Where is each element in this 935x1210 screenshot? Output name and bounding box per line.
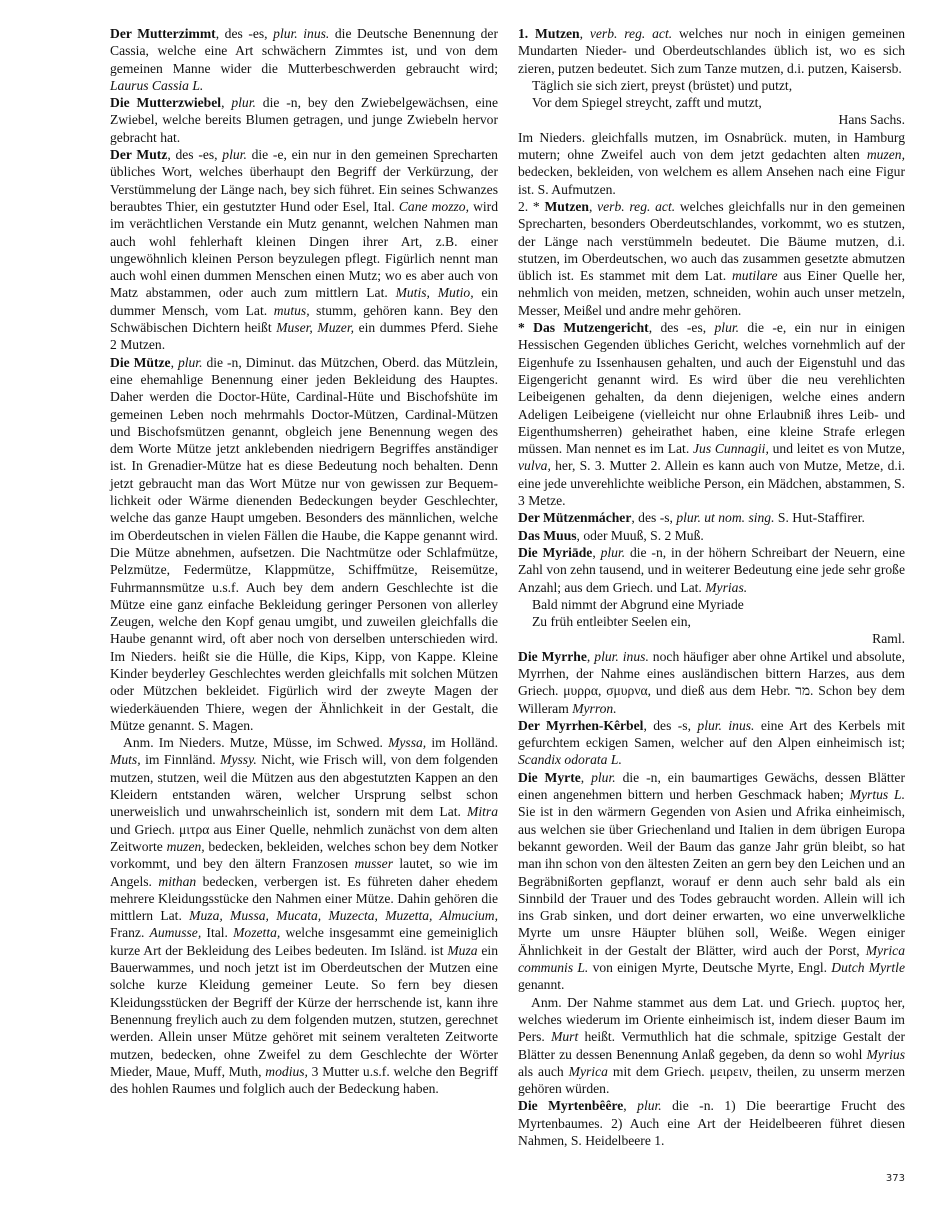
entry-text: ein Bauerwammes, und noch jetzt ist im O…	[110, 943, 498, 1079]
entry-text: , des -es,	[167, 147, 222, 162]
headword: Die Mutterzwiebel	[110, 95, 221, 110]
entry-text: S. Hut-Staffirer.	[775, 510, 865, 525]
italic-term: plur.	[637, 1098, 662, 1113]
italic-term: plur.	[715, 320, 740, 335]
headword: Die Myrrhe	[518, 649, 587, 664]
italic-term: Laurus Cassia L.	[110, 78, 203, 93]
entry-text: ,	[623, 1098, 637, 1113]
italic-term: plur.	[178, 355, 203, 370]
headword: Das Muus	[518, 528, 577, 543]
headword: Die Myrte	[518, 770, 581, 785]
dictionary-entry: Im Nieders. gleichfalls mutzen, im Osnab…	[518, 129, 905, 198]
italic-term: vulva,	[518, 458, 551, 473]
italic-term: Mitra	[467, 804, 498, 819]
italic-term: plur.	[591, 770, 616, 785]
italic-term: plur. inus.	[273, 26, 329, 41]
dictionary-entry: 1. Mutzen, verb. reg. act. welches nur n…	[518, 25, 905, 77]
entry-text: 2. *	[518, 199, 544, 214]
entry-text: ,	[221, 95, 231, 110]
dictionary-entry: Der Mützenmácher, des -s, plur. ut nom. …	[518, 509, 905, 526]
entry-text: Vor dem Spiegel streycht, zafft und mutz…	[532, 95, 762, 110]
dictionary-entry: Der Mutz, des -es, plur. die -e, ein nur…	[110, 146, 498, 354]
italic-term: Myrius	[866, 1047, 905, 1062]
verse-attribution: Raml.	[518, 630, 905, 647]
headword: Der Mützenmácher	[518, 510, 631, 525]
dictionary-entry: Der Mutterzimmt, des -es, plur. inus. di…	[110, 25, 498, 94]
verse-attribution: Hans Sachs.	[518, 111, 905, 128]
italic-term: Jus Cunnagii,	[693, 441, 769, 456]
entry-text: im Finnländ.	[141, 752, 221, 767]
entry-text: ,	[580, 26, 590, 41]
entry-text: als auch	[518, 1064, 569, 1079]
italic-term: Myssa,	[388, 735, 426, 750]
dictionary-entry: Der Myrrhen-Kêrbel, des -s, plur. inus. …	[518, 717, 905, 769]
italic-term: Myrias.	[705, 580, 747, 595]
entry-text: Ital.	[201, 925, 233, 940]
entry-text: Bald nimmt der Abgrund eine Myriade	[532, 597, 744, 612]
italic-term: Aumusse,	[150, 925, 202, 940]
annotation-paragraph: Anm. Der Nahme stammet aus dem Lat. und …	[518, 994, 905, 1098]
entry-text: ,	[171, 355, 178, 370]
italic-term: plur. inus.	[697, 718, 754, 733]
italic-term: Murt	[551, 1029, 578, 1044]
headword: Mutzen	[544, 199, 589, 214]
italic-term: muzen,	[167, 839, 205, 854]
italic-term: Myrron.	[572, 701, 616, 716]
italic-term: plur.	[231, 95, 256, 110]
italic-term: Myrica	[569, 1064, 608, 1079]
italic-term: Muts,	[110, 752, 141, 767]
dictionary-entry: Das Muus, oder Muuß, S. 2 Muß.	[518, 527, 905, 544]
italic-term: verb. reg. act.	[597, 199, 675, 214]
dictionary-page: Der Mutterzimmt, des -es, plur. inus. di…	[0, 0, 935, 1210]
entry-text: die -n, Diminut. das Mützchen, Oberd. da…	[110, 355, 498, 733]
italic-term: Muser, Muzer,	[276, 320, 354, 335]
verse-line: Zu früh entleibter Seelen ein,	[518, 613, 905, 630]
entry-text: Raml.	[872, 631, 905, 646]
dictionary-entry: Die Myriāde, plur. die -n, in der höhern…	[518, 544, 905, 596]
italic-term: Cane mozzo,	[399, 199, 469, 214]
entry-text: , des -es,	[649, 320, 715, 335]
italic-term: mutilare	[732, 268, 778, 283]
headword: Der Myrrhen-Kêrbel	[518, 718, 643, 733]
italic-term: plur.	[601, 545, 626, 560]
dictionary-entry: Die Mutterzwiebel, plur. die -n, bey den…	[110, 94, 498, 146]
entry-text: , oder Muuß, S. 2 Muß.	[577, 528, 704, 543]
entry-text: her, S. 3. Mutter 2. Allein es kann auch…	[518, 458, 905, 508]
italic-term: Dutch Myrtle	[831, 960, 905, 975]
entry-text: Anm. Im Nieders. Mutze, Müsse, im Schwed…	[123, 735, 388, 750]
entry-text: Sie ist in den wärmern Gegenden von Asie…	[518, 804, 905, 957]
annotation-paragraph: Anm. Im Nieders. Mutze, Müsse, im Schwed…	[110, 734, 498, 1097]
headword: * Das Mutzengericht	[518, 320, 649, 335]
italic-term: Myrtus L.	[850, 787, 905, 802]
entry-text: Franz.	[110, 925, 150, 940]
dictionary-entry: Die Mütze, plur. die -n, Diminut. das Mü…	[110, 354, 498, 735]
entry-text: , des -s,	[631, 510, 676, 525]
italic-term: plur. ut nom. sing.	[676, 510, 774, 525]
italic-term: verb. reg. act.	[590, 26, 672, 41]
dictionary-entry: Die Myrte, plur. die -n, ein baumartiges…	[518, 769, 905, 994]
italic-term: Muza, Mussa, Mucata, Muzecta, Mu­zetta, …	[189, 908, 498, 923]
headword: 1. Mutzen	[518, 26, 580, 41]
entry-text: ,	[581, 770, 591, 785]
entry-text: bedecken, bekleiden, von welchem es alle…	[518, 164, 905, 196]
entry-text: genannt.	[518, 977, 564, 992]
entry-text: ,	[589, 199, 597, 214]
verse-line: Bald nimmt der Abgrund eine Myriade	[518, 596, 905, 613]
italic-term: modius,	[265, 1064, 308, 1079]
entry-text: Zu früh entleibter Seelen ein,	[532, 614, 691, 629]
page-number: 373	[880, 1173, 905, 1184]
italic-term: Muza	[447, 943, 477, 958]
dictionary-entry: * Das Mutzengericht, des -es, plur. die …	[518, 319, 905, 509]
entry-text: die -e, ein nur in einigen Hessischen Ge…	[518, 320, 905, 456]
entry-text: , des -es,	[216, 26, 273, 41]
italic-term: Mutis, Mu­tio,	[396, 285, 474, 300]
dictionary-entry: 2. * Mutzen, verb. reg. act. welches gle…	[518, 198, 905, 319]
entry-text: von einigen Myrte, Deutsche Myrte, Engl.	[588, 960, 831, 975]
entry-text: Im Nieders. gleichfalls mutzen, im Osnab…	[518, 130, 905, 162]
headword: Die Myrtenbêêre	[518, 1098, 623, 1113]
italic-term: mutus,	[274, 303, 310, 318]
entry-text: Täglich sie sich ziert, preyst (brüstet)…	[532, 78, 792, 93]
entry-text: Hans Sachs.	[839, 112, 905, 127]
italic-term: musser	[354, 856, 393, 871]
verse-line: Vor dem Spiegel streycht, zafft und mutz…	[518, 94, 905, 111]
italic-term: Myssy.	[220, 752, 257, 767]
entry-text: ,	[592, 545, 600, 560]
italic-term: mithan	[158, 874, 196, 889]
headword: Die Myriāde	[518, 545, 592, 560]
headword: Die Mütze	[110, 355, 171, 370]
dictionary-entry: Die Myrrhe, plur. inus. noch häufiger ab…	[518, 648, 905, 717]
headword: Der Mutterzimmt	[110, 26, 216, 41]
headword: Der Mutz	[110, 147, 167, 162]
entry-text: , des -s,	[643, 718, 697, 733]
verse-line: Täglich sie sich ziert, preyst (brüstet)…	[518, 77, 905, 94]
italic-term: plur.	[222, 147, 247, 162]
italic-term: Mozetta,	[233, 925, 280, 940]
entry-text: im Holländ.	[426, 735, 498, 750]
italic-term: Scandix odorata L.	[518, 752, 622, 767]
italic-term: plur. inus.	[594, 649, 649, 664]
dictionary-entry: Die Myrtenbêêre, plur. die -n. 1) Die be…	[518, 1097, 905, 1149]
right-column: 1. Mutzen, verb. reg. act. welches nur n…	[518, 25, 905, 1149]
left-column: Der Mutterzimmt, des -es, plur. inus. di…	[110, 25, 498, 1097]
entry-text: und leitet es von Mutze,	[769, 441, 905, 456]
italic-term: muzen,	[867, 147, 905, 162]
